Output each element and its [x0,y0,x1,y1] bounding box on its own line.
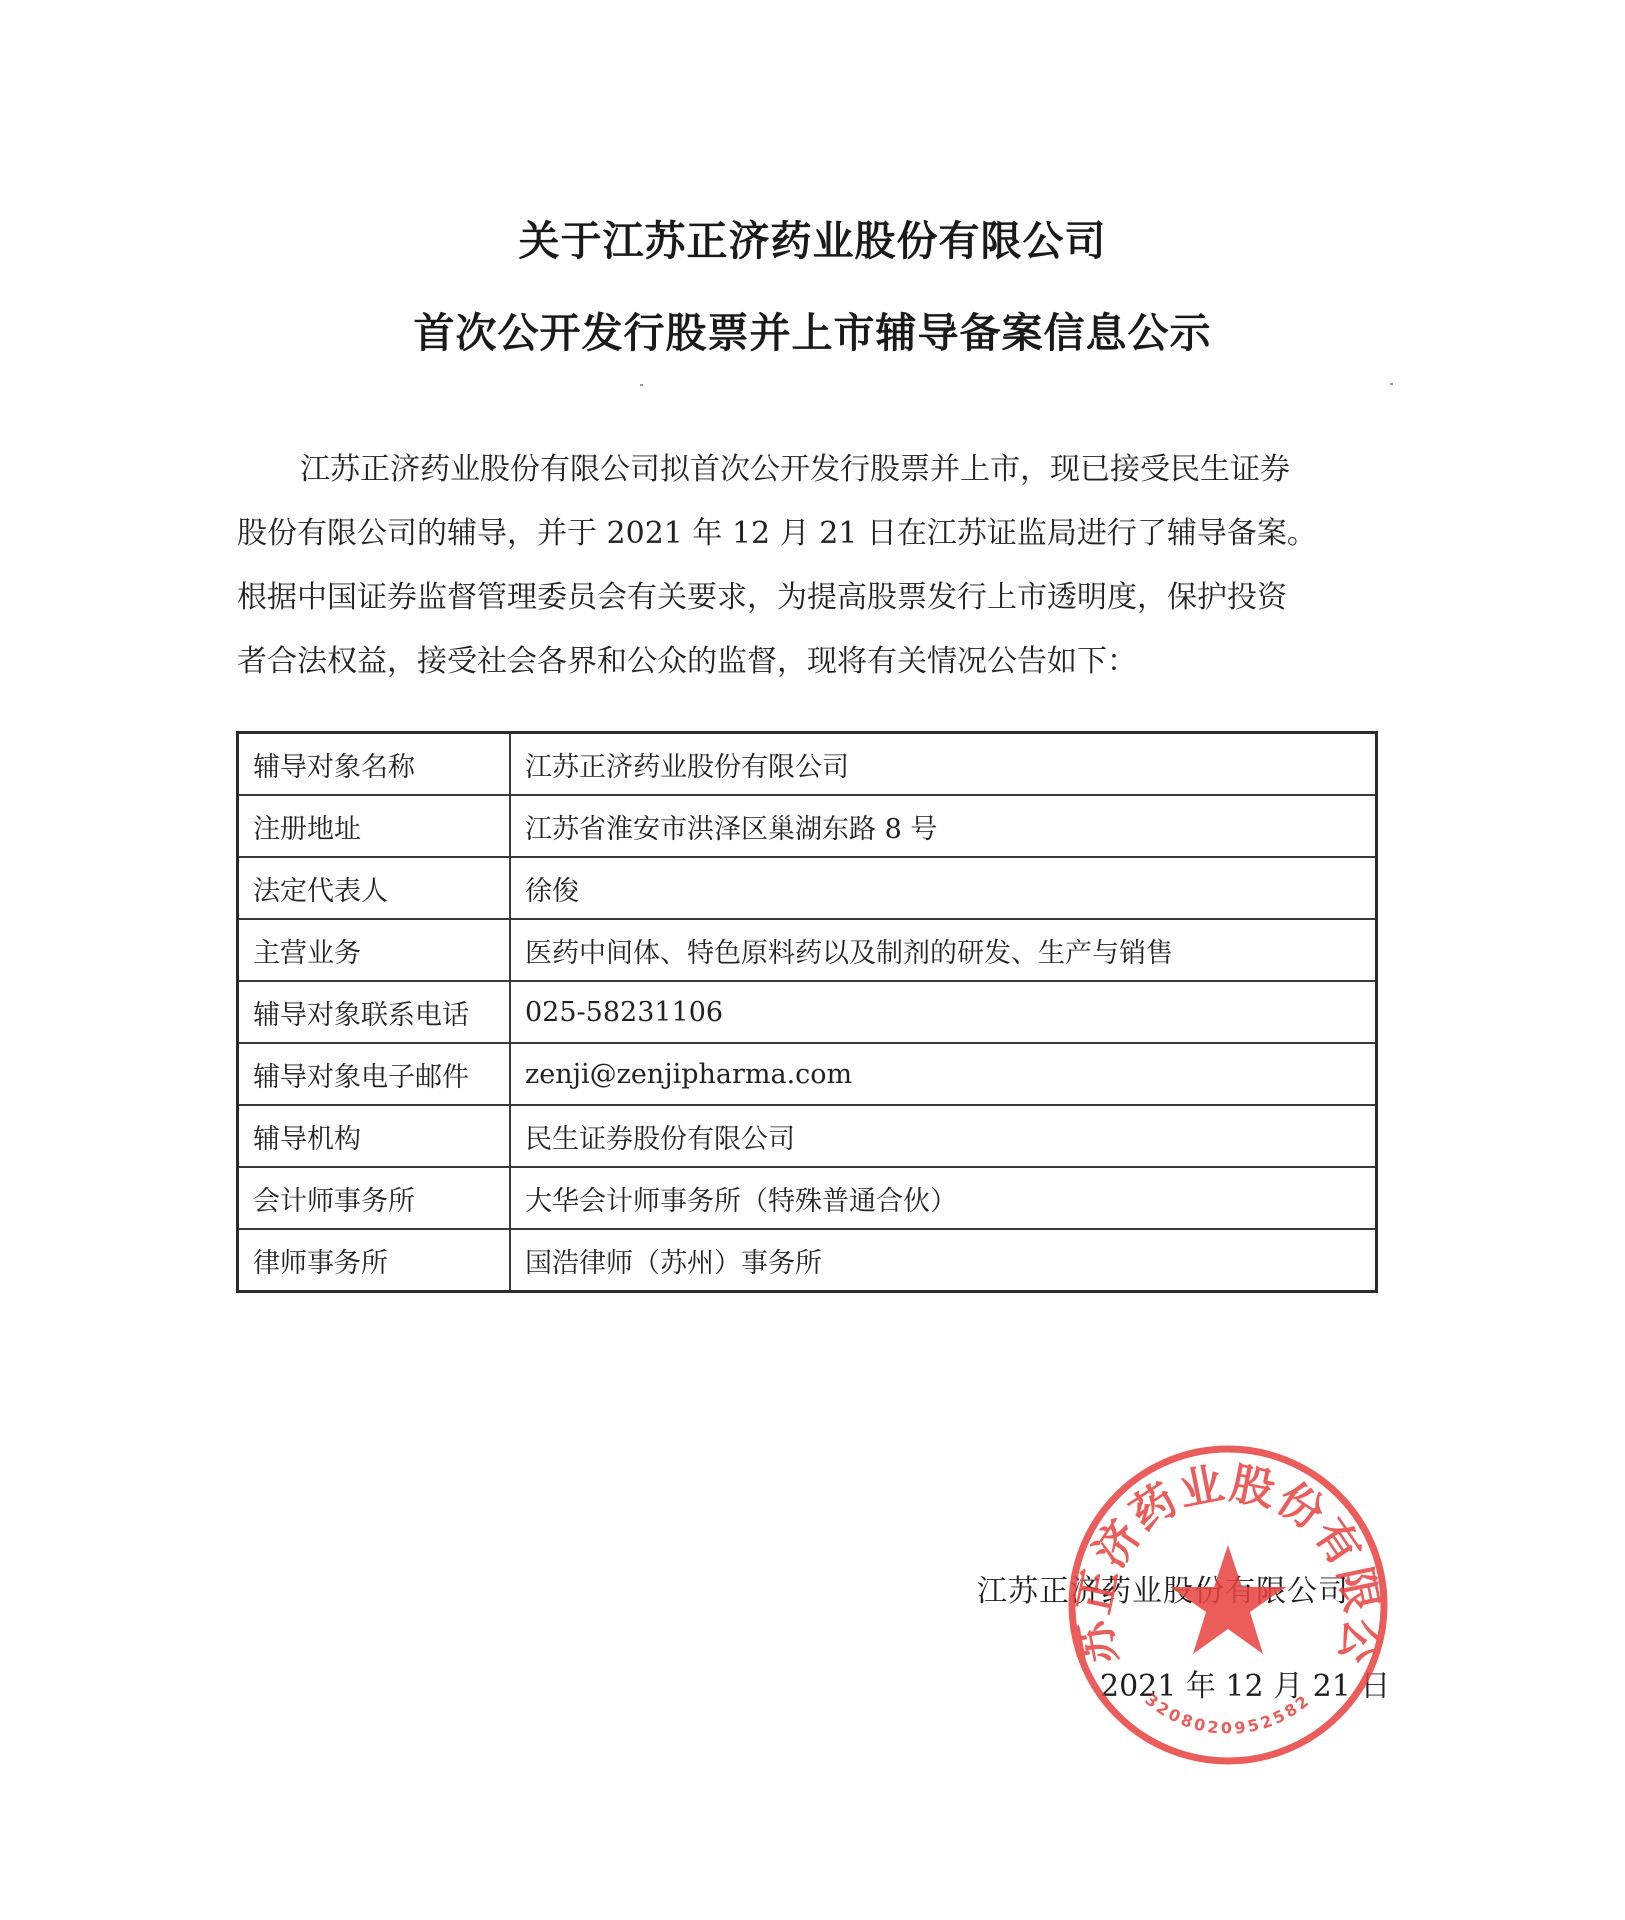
table-row: 辅导对象电子邮件 zenji@zenjipharma.com [238,1043,1377,1105]
row-value: 025-58231106 [510,981,1377,1043]
scan-speck [640,384,643,386]
table-row: 辅导机构 民生证券股份有限公司 [238,1105,1377,1167]
row-value: 江苏正济药业股份有限公司 [510,733,1377,796]
paragraph-line: 股份有限公司的辅导，并于 2021 年 12 月 21 日在江苏证监局进行了辅导… [237,502,1387,566]
row-label: 辅导对象电子邮件 [238,1043,511,1105]
table-row: 律师事务所 国浩律师（苏州）事务所 [238,1229,1377,1292]
table-row: 会计师事务所 大华会计师事务所（特殊普通合伙） [238,1167,1377,1229]
seal-text: 江苏正济药业股份有限公司 [1063,1440,1388,1669]
row-label: 会计师事务所 [238,1167,511,1229]
row-value: 民生证券股份有限公司 [510,1105,1377,1167]
paragraph-line: 者合法权益，接受社会各界和公众的监督，现将有关情况公告如下： [237,630,1387,694]
document-title-line-2: 首次公开发行股票并上市辅导备案信息公示 [0,300,1625,359]
row-label: 主营业务 [238,919,511,981]
announcement-paragraph: 江苏正济药业股份有限公司拟首次公开发行股票并上市，现已接受民生证券 股份有限公司… [237,438,1387,694]
row-value: 江苏省淮安市洪泽区巢湖东路 8 号 [510,795,1377,857]
row-label: 辅导对象名称 [238,733,511,796]
svg-text:江苏正济药业股份有限公司: 江苏正济药业股份有限公司 [1063,1440,1388,1669]
paragraph-line: 根据中国证券监督管理委员会有关要求，为提高股票发行上市透明度，保护投资 [237,566,1387,630]
row-value: 医药中间体、特色原料药以及制剂的研发、生产与销售 [510,919,1377,981]
table-row: 主营业务 医药中间体、特色原料药以及制剂的研发、生产与销售 [238,919,1377,981]
paragraph-line: 江苏正济药业股份有限公司拟首次公开发行股票并上市，现已接受民生证券 [237,438,1387,502]
row-value: 大华会计师事务所（特殊普通合伙） [510,1167,1377,1229]
row-label: 律师事务所 [238,1229,511,1292]
table-row: 注册地址 江苏省淮安市洪泽区巢湖东路 8 号 [238,795,1377,857]
row-label: 辅导对象联系电话 [238,981,511,1043]
row-label: 法定代表人 [238,857,511,919]
row-value: zenji@zenjipharma.com [510,1043,1377,1105]
document-title-line-1: 关于江苏正济药业股份有限公司 [0,208,1625,267]
scan-speck [1390,383,1393,385]
row-label: 辅导机构 [238,1105,511,1167]
row-value: 徐俊 [510,857,1377,919]
signature-company: 江苏正济药业股份有限公司 [977,1566,1349,1610]
signature-date: 2021 年 12 月 21 日 [1100,1661,1390,1705]
info-table: 辅导对象名称 江苏正济药业股份有限公司 注册地址 江苏省淮安市洪泽区巢湖东路 8… [236,731,1378,1293]
table-row: 法定代表人 徐俊 [238,857,1377,919]
row-value: 国浩律师（苏州）事务所 [510,1229,1377,1292]
table-row: 辅导对象名称 江苏正济药业股份有限公司 [238,733,1377,796]
row-label: 注册地址 [238,795,511,857]
table-row: 辅导对象联系电话 025-58231106 [238,981,1377,1043]
